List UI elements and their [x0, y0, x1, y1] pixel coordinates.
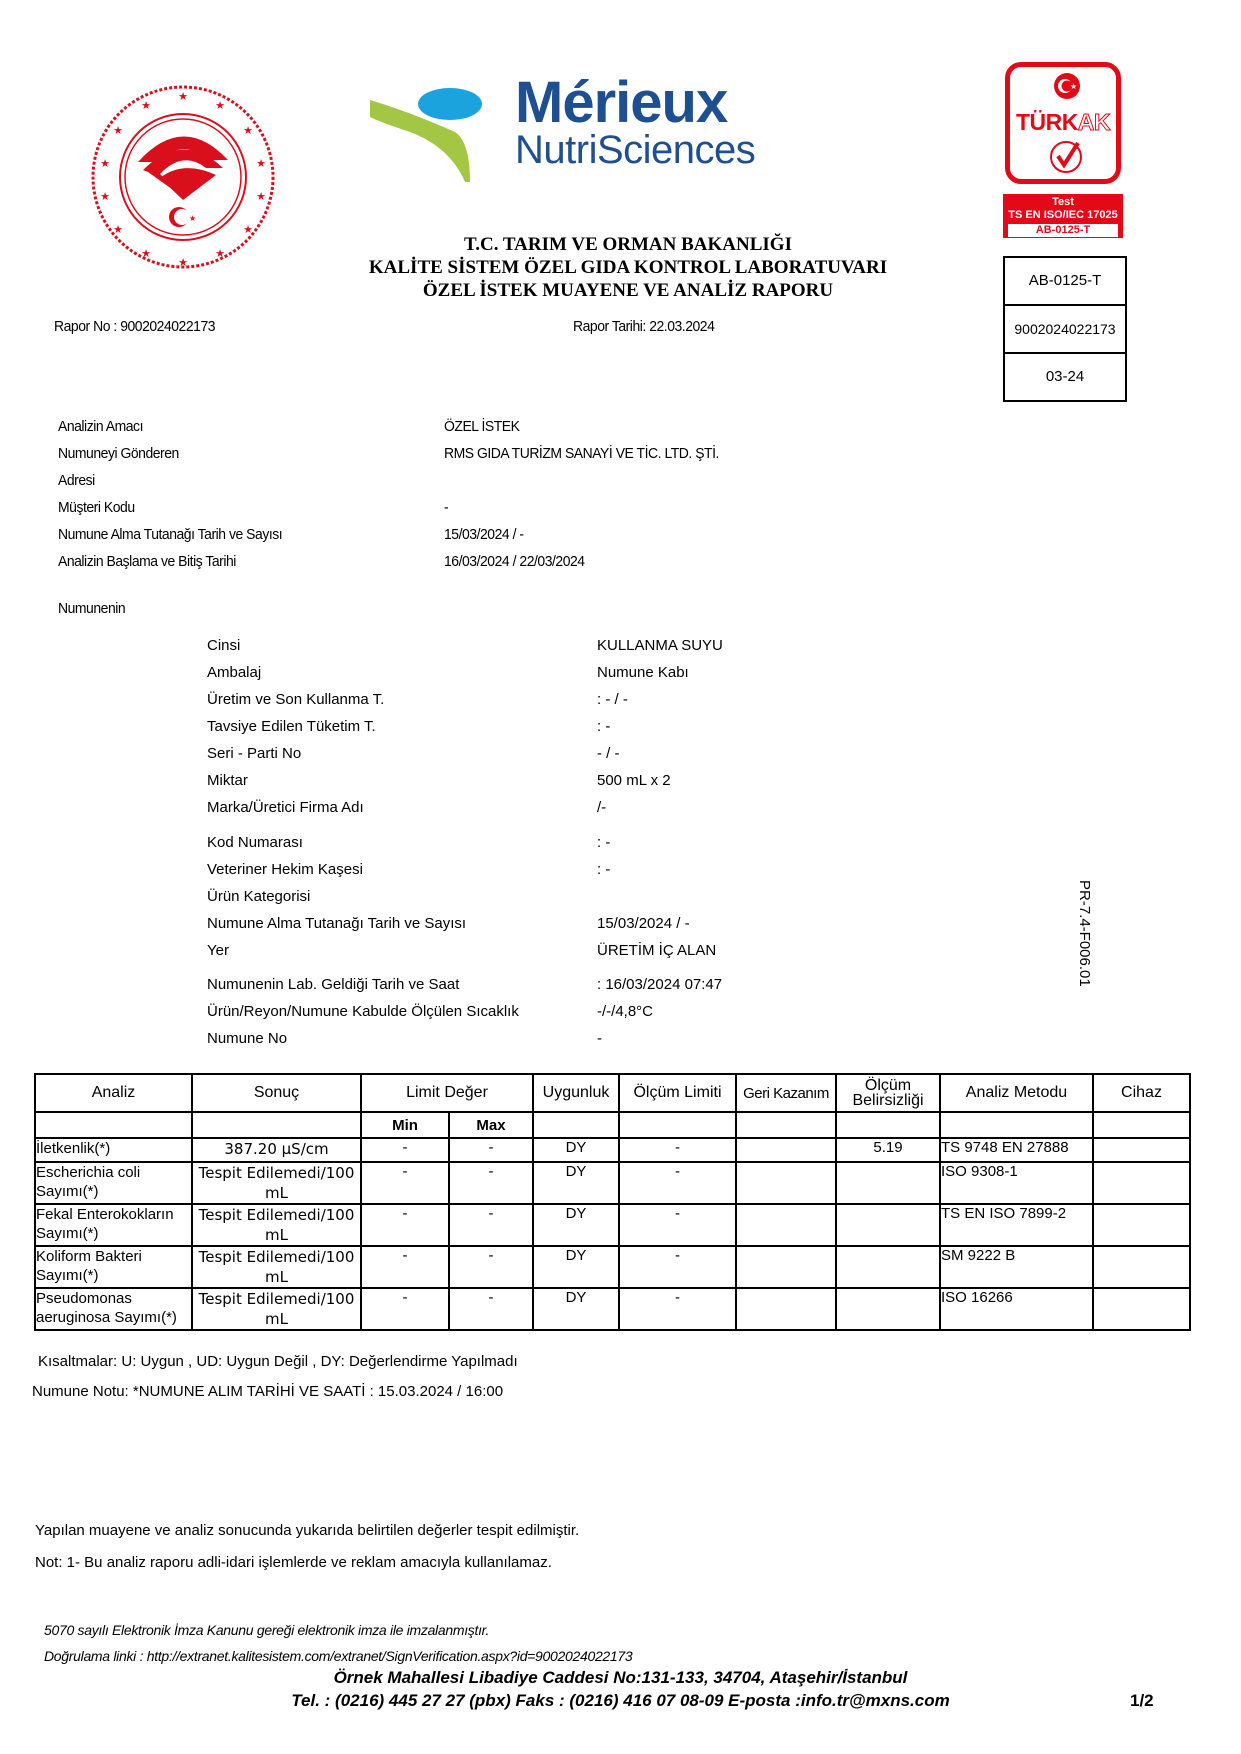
sample-info-label: Cinsi — [207, 637, 240, 654]
form-code: PR-7.4-F006.01 — [1075, 880, 1095, 1000]
general-info-label: Numuneyi Gönderen — [58, 445, 179, 462]
turkak-accreditation-badge: ★ TÜRKAK Test TS EN ISO/IEC 17025 AB-012… — [1003, 62, 1127, 238]
svg-text:★: ★ — [100, 190, 110, 203]
report-month-cell: 03-24 — [1005, 354, 1125, 400]
svg-text:★: ★ — [100, 157, 110, 170]
check-icon — [1048, 139, 1084, 175]
recovery-cell — [736, 1204, 836, 1246]
sample-info-label: Ürün/Reyon/Numune Kabulde Ölçülen Sıcakl… — [207, 1003, 519, 1020]
general-info-value: - — [444, 499, 448, 516]
svg-text:★: ★ — [1070, 82, 1077, 91]
measurement-limit-cell: - — [619, 1288, 736, 1330]
report-title: T.C. TARIM VE ORMAN BAKANLIĞI KALİTE SİS… — [248, 233, 1008, 302]
sample-info-value: - — [597, 1030, 602, 1047]
sample-info-label: Numune Alma Tutanağı Tarih ve Sayısı — [207, 915, 466, 932]
report-date: Rapor Tarihi: 22.03.2024 — [573, 318, 714, 335]
device-cell — [1093, 1138, 1190, 1162]
svg-text:★: ★ — [141, 99, 151, 112]
footer-contact: Tel. : (0216) 445 27 27 (pbx) Faks : (02… — [0, 1691, 1241, 1711]
recovery-cell — [736, 1138, 836, 1162]
sample-info-label: Ürün Kategorisi — [207, 888, 310, 905]
accreditation-info-box: AB-0125-T 9002024022173 03-24 — [1003, 256, 1127, 402]
title-line-1: T.C. TARIM VE ORMAN BAKANLIĞI — [248, 233, 1008, 256]
turkak-word-red: TÜRK — [1016, 109, 1078, 135]
turkak-band: Test TS EN ISO/IEC 17025 AB-0125-T — [1003, 194, 1123, 238]
header-sonuc: Sonuç — [192, 1074, 361, 1112]
limit-max-cell: - — [449, 1138, 533, 1162]
result-cell: Tespit Edilemedi/100 mL — [192, 1162, 361, 1204]
svg-text:★: ★ — [178, 90, 188, 103]
recovery-cell — [736, 1162, 836, 1204]
turkak-logo-icon: ★ TÜRKAK — [1005, 62, 1121, 184]
general-info-value: 16/03/2024 / 22/03/2024 — [444, 553, 585, 570]
result-cell: Tespit Edilemedi/100 mL — [192, 1246, 361, 1288]
measurement-limit-cell: - — [619, 1162, 736, 1204]
turkak-word-outline: AK — [1078, 109, 1110, 135]
header-geri-kazanim: Geri Kazanım — [736, 1074, 836, 1112]
sample-info-label: Numunenin Lab. Geldiği Tarih ve Saat — [207, 976, 459, 993]
table-row: Fekal Enterokokların Sayımı(*)Tespit Edi… — [35, 1204, 1190, 1246]
title-line-2: KALİTE SİSTEM ÖZEL GIDA KONTROL LABORATU… — [248, 256, 1008, 279]
device-cell — [1093, 1204, 1190, 1246]
report-number-cell: 9002024022173 — [1005, 306, 1125, 354]
form-code-text: PR-7.4-F006.01 — [1076, 880, 1093, 987]
sample-info-value: : 16/03/2024 07:47 — [597, 976, 722, 993]
sample-info-value: /- — [597, 799, 606, 816]
uncertainty-cell — [836, 1288, 940, 1330]
conclusion-text: Yapılan muayene ve analiz sonucunda yuka… — [35, 1522, 579, 1539]
result-cell: Tespit Edilemedi/100 mL — [192, 1288, 361, 1330]
sample-info-value: Numune Kabı — [597, 664, 689, 681]
header-analiz-metodu: Analiz Metodu — [940, 1074, 1093, 1112]
svg-text:★: ★ — [215, 99, 225, 112]
conformity-cell: DY — [533, 1246, 619, 1288]
sample-info-label: Üretim ve Son Kullanma T. — [207, 691, 384, 708]
turkak-band-code: AB-0125-T — [1007, 223, 1119, 238]
sample-info-value: : - — [597, 861, 610, 878]
svg-text:★: ★ — [243, 124, 253, 137]
analiz-cell: Pseudomonas aeruginosa Sayımı(*) — [35, 1288, 192, 1330]
sample-info-label: Numune No — [207, 1030, 287, 1047]
sample-info-label: Veteriner Hekim Kaşesi — [207, 861, 363, 878]
method-cell: TS EN ISO 7899-2 — [940, 1204, 1093, 1246]
sample-info-label: Seri - Parti No — [207, 745, 301, 762]
sample-info-label: Yer — [207, 942, 229, 959]
general-info-label: Müşteri Kodu — [58, 499, 135, 516]
measurement-limit-cell: - — [619, 1204, 736, 1246]
uncertainty-cell — [836, 1204, 940, 1246]
uncertainty-cell — [836, 1162, 940, 1204]
sample-info-label: Marka/Üretici Firma Adı — [207, 799, 364, 816]
sample-info-value: KULLANMA SUYU — [597, 637, 723, 654]
sample-info-value: ÜRETİM İÇ ALAN — [597, 942, 716, 959]
limit-max-cell: - — [449, 1246, 533, 1288]
logo-line1: Mérieux — [515, 74, 727, 132]
sample-info-label: Miktar — [207, 772, 248, 789]
recovery-cell — [736, 1246, 836, 1288]
header-limit: Limit Değer — [361, 1074, 533, 1112]
page-number: 1/2 — [1130, 1691, 1154, 1711]
svg-text:★: ★ — [113, 124, 123, 137]
uncertainty-cell — [836, 1246, 940, 1288]
uncertainty-cell: 5.19 — [836, 1138, 940, 1162]
sample-info-label: Kod Numarası — [207, 834, 303, 851]
note-1: Not: 1- Bu analiz raporu adli-idari işle… — [35, 1554, 552, 1571]
abbreviations-note: Kısaltmalar: U: Uygun , UD: Uygun Değil … — [38, 1353, 518, 1370]
limit-min-cell: - — [361, 1162, 449, 1204]
limit-min-cell: - — [361, 1246, 449, 1288]
esign-statement: 5070 sayılı Elektronik İmza Kanunu gereğ… — [44, 1622, 489, 1638]
svg-text:★: ★ — [189, 214, 196, 223]
result-cell: Tespit Edilemedi/100 mL — [192, 1204, 361, 1246]
header-cihaz: Cihaz — [1093, 1074, 1190, 1112]
limit-max-cell: - — [449, 1288, 533, 1330]
sample-info-value: -/-/4,8°C — [597, 1003, 653, 1020]
svg-text:★: ★ — [178, 256, 188, 269]
sample-info-label: Tavsiye Edilen Tüketim T. — [207, 718, 376, 735]
footer-address: Örnek Mahallesi Libadiye Caddesi No:131-… — [0, 1668, 1241, 1688]
accreditation-code: AB-0125-T — [1005, 258, 1125, 306]
verification-link[interactable]: Doğrulama linki : http://extranet.kalite… — [44, 1648, 632, 1664]
general-info-value: ÖZEL İSTEK — [444, 418, 519, 435]
general-info-value: 15/03/2024 / - — [444, 526, 524, 543]
table-row: Escherichia coli Sayımı(*)Tespit Edileme… — [35, 1162, 1190, 1204]
sample-info-value: : - — [597, 834, 610, 851]
general-info-label: Numune Alma Tutanağı Tarih ve Sayısı — [58, 526, 282, 543]
conformity-cell: DY — [533, 1204, 619, 1246]
device-cell — [1093, 1162, 1190, 1204]
result-cell: 387.20 µS/cm — [192, 1138, 361, 1162]
report-number: Rapor No : 9002024022173 — [54, 318, 215, 335]
general-info-label: Adresi — [58, 472, 95, 489]
limit-max-cell: - — [449, 1204, 533, 1246]
general-info-label: Analizin Başlama ve Bitiş Tarihi — [58, 553, 236, 570]
table-row: Koliform Bakteri Sayımı(*)Tespit Edileme… — [35, 1246, 1190, 1288]
header-olcum-belirsizligi: Ölçüm Belirsizliği — [836, 1074, 940, 1112]
sample-info-value: : - — [597, 718, 610, 735]
header-max: Max — [449, 1112, 533, 1138]
sample-info-value: - / - — [597, 745, 620, 762]
merieux-logo: Mérieux NutriSciences — [390, 82, 850, 182]
table-row: İletkenlik(*)387.20 µS/cm--DY-5.19TS 974… — [35, 1138, 1190, 1162]
general-info-label: Analizin Amacı — [58, 418, 143, 435]
header-min: Min — [361, 1112, 449, 1138]
measurement-limit-cell: - — [619, 1246, 736, 1288]
svg-text:★: ★ — [215, 247, 225, 260]
svg-text:★: ★ — [113, 223, 123, 236]
table-header-row: Analiz Sonuç Limit Değer Uygunluk Ölçüm … — [35, 1074, 1190, 1112]
analiz-cell: Escherichia coli Sayımı(*) — [35, 1162, 192, 1204]
logo-line2: NutriSciences — [515, 130, 755, 170]
recovery-cell — [736, 1288, 836, 1330]
conformity-cell: DY — [533, 1288, 619, 1330]
sample-info-value: : - / - — [597, 691, 628, 708]
general-info-value: RMS GIDA TURİZM SANAYİ VE TİC. LTD. ŞTİ. — [444, 445, 719, 462]
conformity-cell: DY — [533, 1138, 619, 1162]
limit-min-cell: - — [361, 1138, 449, 1162]
table-row: Pseudomonas aeruginosa Sayımı(*)Tespit E… — [35, 1288, 1190, 1330]
sample-note: Numune Notu: *NUMUNE ALIM TARİHİ VE SAAT… — [32, 1383, 503, 1400]
title-line-3: ÖZEL İSTEK MUAYENE VE ANALİZ RAPORU — [248, 279, 1008, 302]
analiz-cell: Fekal Enterokokların Sayımı(*) — [35, 1204, 192, 1246]
turkak-band-standard: TS EN ISO/IEC 17025 — [1003, 209, 1123, 222]
limit-max-cell: - — [449, 1162, 533, 1204]
limit-min-cell: - — [361, 1204, 449, 1246]
header-uygunluk: Uygunluk — [533, 1074, 619, 1112]
results-table: Analiz Sonuç Limit Değer Uygunluk Ölçüm … — [34, 1073, 1191, 1331]
sample-info-label: Ambalaj — [207, 664, 261, 681]
sample-info-value: 500 mL x 2 — [597, 772, 671, 789]
method-cell: ISO 9308-1 — [940, 1162, 1093, 1204]
table-subheader-row: Min Max — [35, 1112, 1190, 1138]
sample-info-value: 15/03/2024 / - — [597, 915, 690, 932]
limit-min-cell: - — [361, 1288, 449, 1330]
analiz-cell: İletkenlik(*) — [35, 1138, 192, 1162]
method-cell: ISO 16266 — [940, 1288, 1093, 1330]
svg-text:★: ★ — [141, 247, 151, 260]
svg-text:★: ★ — [256, 157, 266, 170]
device-cell — [1093, 1288, 1190, 1330]
measurement-limit-cell: - — [619, 1138, 736, 1162]
header-olcum-limiti: Ölçüm Limiti — [619, 1074, 736, 1112]
method-cell: SM 9222 B — [940, 1246, 1093, 1288]
sample-heading: Numunenin — [58, 600, 125, 617]
device-cell — [1093, 1246, 1190, 1288]
header-analiz: Analiz — [35, 1074, 192, 1112]
turkak-band-test: Test — [1003, 196, 1123, 209]
svg-text:★: ★ — [256, 190, 266, 203]
conformity-cell: DY — [533, 1162, 619, 1204]
analiz-cell: Koliform Bakteri Sayımı(*) — [35, 1246, 192, 1288]
method-cell: TS 9748 EN 27888 — [940, 1138, 1093, 1162]
